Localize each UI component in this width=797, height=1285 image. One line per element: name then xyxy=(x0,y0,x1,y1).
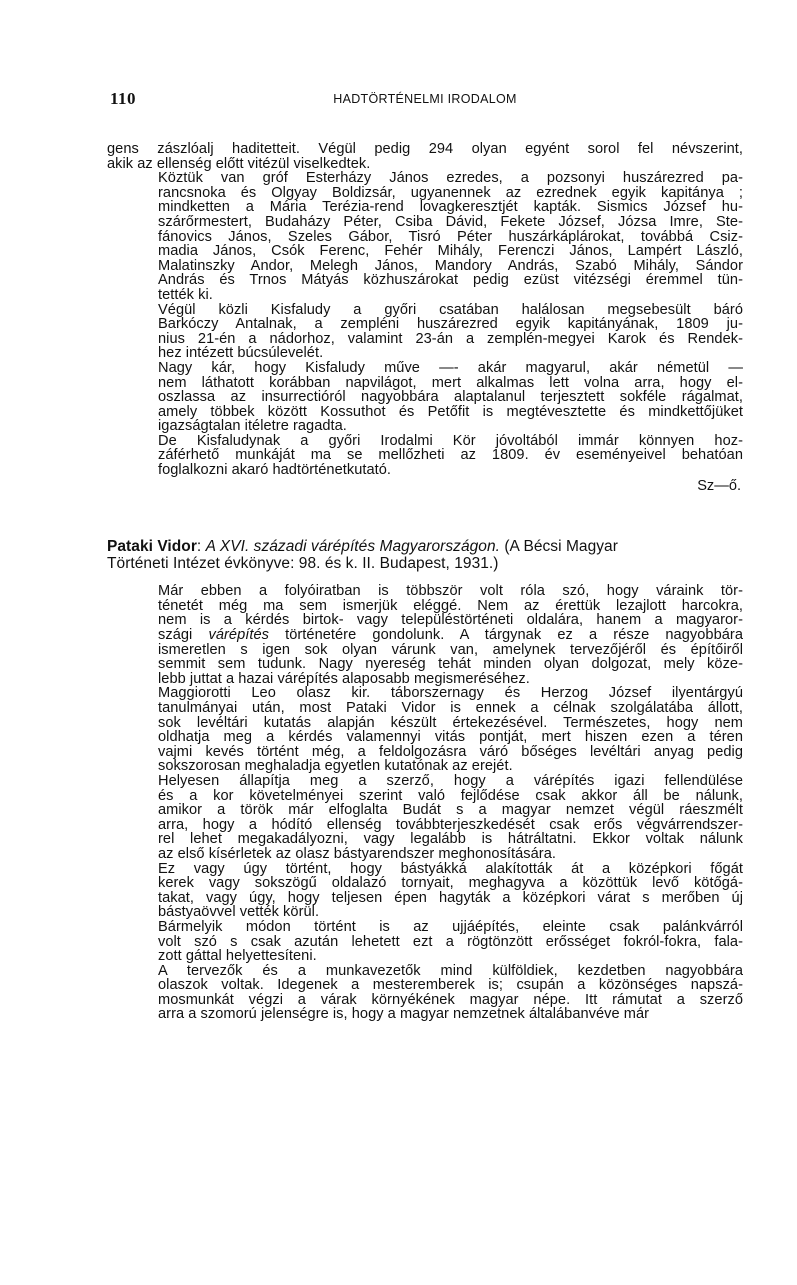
text-line: igazságtalan itéletre ragadta. xyxy=(107,419,743,434)
text-line: rancsnoka és Olgyay Boldizsár, ugyanenne… xyxy=(107,186,743,201)
text-line: Köztük van gróf Esterházy János ezredes,… xyxy=(107,171,743,186)
text-line: nius 21-én a nádorhoz, valamint 23-án a … xyxy=(107,332,743,347)
text-line: sok levéltári kutatás alapján készült ér… xyxy=(107,716,743,731)
text-line: gens zászlóalj haditetteit. Végül pedig … xyxy=(107,142,743,157)
text-line: madia János, Csók Ferenc, Fehér Mihály, … xyxy=(107,244,743,259)
text-line: bástyaövvel vették körül. xyxy=(107,905,743,920)
page-body: gens zászlóalj haditetteit. Végül pedig … xyxy=(107,142,743,1022)
text-line: arra a szomorú jelenségre is, hogy a mag… xyxy=(107,1007,743,1022)
text-line: amikor a török már elfoglalta Budát s a … xyxy=(107,803,743,818)
text-line: Helyesen állapítja meg a szerző, hogy a … xyxy=(107,774,743,789)
text-line: Barkóczy Antalnak, a zempléni huszárezre… xyxy=(107,317,743,332)
text-line: fánovics János, Szeles Gábor, Tisró Péte… xyxy=(107,230,743,245)
text-line: vajmi kevés történt még, a feldolgozásra… xyxy=(107,745,743,760)
text-line: takat, vagy úgy, hogy teljesen épen hagy… xyxy=(107,891,743,906)
text-line: foglalkozni akaró hadtörténetkutató. xyxy=(107,463,743,478)
text-line: nem láthatott korábban napvilágot, mert … xyxy=(107,376,743,391)
review-paragraph: Helyesen állapítja meg a szerző, hogy a … xyxy=(107,774,743,862)
review-paragraph: Bármelyik módon történt is az ujjáépítés… xyxy=(107,920,743,964)
article-paragraph: Végül közli Kisfaludy a győri csatában h… xyxy=(107,303,743,361)
text-line: Bármelyik módon történt is az ujjáépítés… xyxy=(107,920,743,935)
text-line: Maggiorotti Leo olasz kir. táborszernagy… xyxy=(107,686,743,701)
text-line: rel lehet megakadályozni, vagy legalább … xyxy=(107,832,743,847)
text-line: oszlassa az insurrectióról nagyobbára al… xyxy=(107,390,743,405)
text-line: az első kísérletek az olasz bástyarendsz… xyxy=(107,847,743,862)
text-line: Ez vagy úgy történt, hogy bástyákká alak… xyxy=(107,862,743,877)
text-line: volt szó s csak azután lehetett ezt a rö… xyxy=(107,935,743,950)
text-line: De Kisfaludynak a győri Irodalmi Kör jóv… xyxy=(107,434,743,449)
running-head: HADTÖRTÉNELMI IRODALOM xyxy=(107,92,743,106)
review-paragraph: Már ebben a folyóiratban is többször vol… xyxy=(107,584,743,686)
text-line: sokszorosan meghaladja egyetlen kutatóna… xyxy=(107,759,743,774)
text-line: tanulmányai után, most Pataki Vidor is e… xyxy=(107,701,743,716)
text-line: semmit sem tudunk. Nagy nyereség tehát m… xyxy=(107,657,743,672)
text-line: András és Trnos Mátyás közhuszárokat ped… xyxy=(107,273,743,288)
text-line: olaszok voltak. Idegenek a mesteremberek… xyxy=(107,978,743,993)
citation-line-2: Történeti Intézet évkönyve: 98. és k. II… xyxy=(107,556,743,573)
citation-source-1: (A Bécsi Magyar xyxy=(500,538,618,555)
text-line: amely többek között Kossuthot és Petőfit… xyxy=(107,405,743,420)
text-line: akik az ellenség előtt vitézül viselkedt… xyxy=(107,157,743,172)
review-author: Pataki Vidor xyxy=(107,538,197,555)
text-line: Nagy kár, hogy Kisfaludy műve —- akár ma… xyxy=(107,361,743,376)
review-paragraph: Ez vagy úgy történt, hogy bástyákká alak… xyxy=(107,862,743,920)
article-paragraph: De Kisfaludynak a győri Irodalmi Kör jóv… xyxy=(107,434,743,478)
emphasis: várépítés xyxy=(208,627,268,643)
text-line: Már ebben a folyóiratban is többször vol… xyxy=(107,584,743,599)
text-line: kerek vagy sokszögű oldalazó tornyait, m… xyxy=(107,876,743,891)
review-citation: Pataki Vidor: A XVI. századi várépítés M… xyxy=(107,539,743,572)
article-paragraph: Köztük van gróf Esterházy János ezredes,… xyxy=(107,171,743,302)
text-line: és a kor követelményei szerint való fejl… xyxy=(107,789,743,804)
text-line: oldhatja meg a kérdés valamennyi vitás p… xyxy=(107,730,743,745)
text-line: Végül közli Kisfaludy a győri csatában h… xyxy=(107,303,743,318)
text-line: lebb juttat a hazai várépítés alaposabb … xyxy=(107,672,743,687)
text-line: Malatinszky Andor, Melegh János, Mandory… xyxy=(107,259,743,274)
review-paragraph: Maggiorotti Leo olasz kir. táborszernagy… xyxy=(107,686,743,774)
text-line: mindketten a Mária Terézia-rend lovagker… xyxy=(107,200,743,215)
article-paragraph: Nagy kár, hogy Kisfaludy műve —- akár ma… xyxy=(107,361,743,434)
text-line: záférhető munkáját ma se mellőzheti az 1… xyxy=(107,448,743,463)
signature: Sz—ő. xyxy=(107,479,743,494)
text-line: A tervezők és a munkavezetők mind külföl… xyxy=(107,964,743,979)
citation-separator: : xyxy=(197,538,206,555)
text-line: ténetét még ma sem ismerjük eléggé. Nem … xyxy=(107,599,743,614)
text-line: nem is a kérdés birtok- vagy településtö… xyxy=(107,613,743,628)
citation-line-1: Pataki Vidor: A XVI. századi várépítés M… xyxy=(107,539,743,556)
text-line: zott gáttal helyettesíteni. xyxy=(107,949,743,964)
text-line: ismeretlen s igen sok olyan várunk van, … xyxy=(107,643,743,658)
article-paragraph: gens zászlóalj haditetteit. Végül pedig … xyxy=(107,142,743,171)
review-paragraph: A tervezők és a munkavezetők mind külföl… xyxy=(107,964,743,1022)
first-article: gens zászlóalj haditetteit. Végül pedig … xyxy=(107,142,743,478)
text-line: mosmunkát végzi a várak környékének magy… xyxy=(107,993,743,1008)
page-header: 110 HADTÖRTÉNELMI IRODALOM xyxy=(107,89,743,109)
review-body: Már ebben a folyóiratban is többször vol… xyxy=(107,584,743,1022)
text-line: hez intézett búcsúlevelét. xyxy=(107,346,743,361)
text-line: arra, hogy a hódító ellenség továbbterje… xyxy=(107,818,743,833)
text-line: szárőrmestert, Budaházy Péter, Csiba Dáv… xyxy=(107,215,743,230)
text-line: tették ki. xyxy=(107,288,743,303)
review-title: A XVI. századi várépítés Magyarországon. xyxy=(206,538,500,555)
text-line: szági várépítés történetére gondolunk. A… xyxy=(107,628,743,643)
